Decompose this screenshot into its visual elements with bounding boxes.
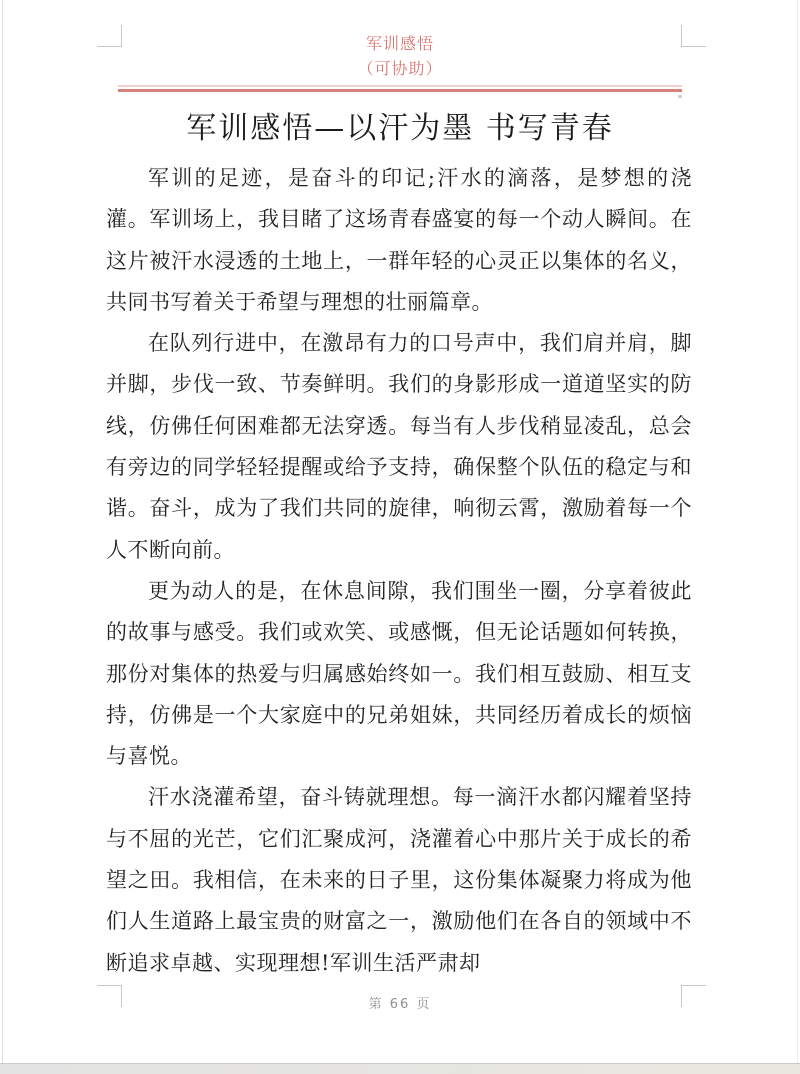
document-page: 军训感悟 （可协助） 军训感悟—以汗为墨 书写青春 军训的足迹，是奋斗的印记;汗… bbox=[0, 0, 800, 1064]
document-body: 军训的足迹，是奋斗的印记;汗水的滴落，是梦想的浇灌。军训场上，我目睹了这场青春盛… bbox=[0, 158, 800, 984]
document-viewport: 军训感悟 （可协助） 军训感悟—以汗为墨 书写青春 军训的足迹，是奋斗的印记;汗… bbox=[0, 0, 800, 1074]
margin-corner-mark-top-left bbox=[97, 25, 122, 47]
page-right-edge bbox=[797, 0, 798, 1064]
page-speck-artifact bbox=[678, 95, 682, 98]
margin-corner-mark-top-right bbox=[681, 25, 706, 47]
page-left-edge bbox=[2, 0, 3, 1064]
page-number-footer: 第 66 页 bbox=[0, 993, 800, 1012]
paragraph-4: 汗水浇灌希望，奋斗铸就理想。每一滴汗水都闪耀着坚持与不屈的光芒，它们汇聚成河，浇… bbox=[106, 777, 692, 983]
header-rule bbox=[118, 85, 682, 92]
header-rule-main-line bbox=[118, 89, 682, 92]
paragraph-3: 更为动人的是，在休息间隙，我们围坐一圈，分享着彼此的故事与感受。我们或欢笑、或感… bbox=[106, 571, 692, 777]
page-gap-strip bbox=[0, 1063, 800, 1074]
paragraph-2: 在队列行进中，在激昂有力的口号声中，我们肩并肩，脚并脚，步伐一致、节奏鲜明。我们… bbox=[106, 323, 692, 571]
header-subtitle: （可协助） bbox=[0, 56, 800, 81]
paragraph-1: 军训的足迹，是奋斗的印记;汗水的滴落，是梦想的浇灌。军训场上，我目睹了这场青春盛… bbox=[106, 158, 692, 323]
page-title: 军训感悟—以汗为墨 书写青春 bbox=[40, 109, 760, 149]
